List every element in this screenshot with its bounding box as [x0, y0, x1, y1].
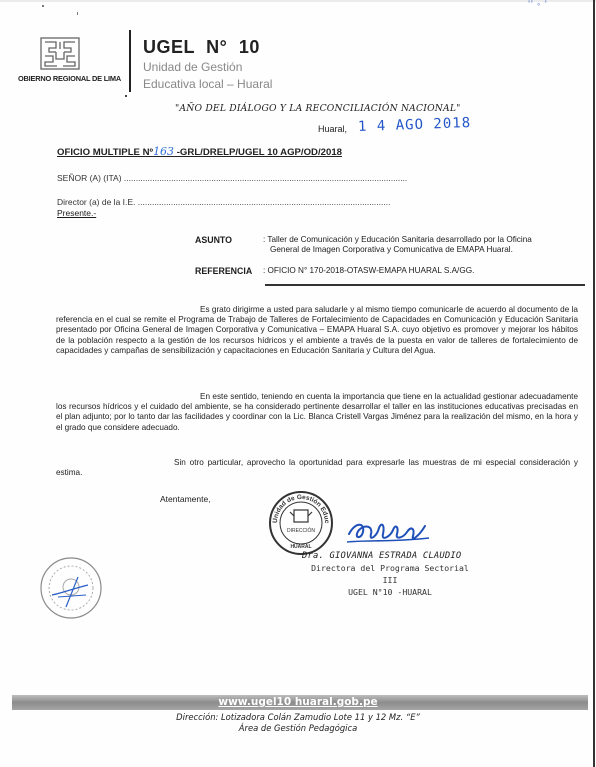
- signatory-title: Directora del Programa Sectorial III: [305, 562, 475, 586]
- seal-text: Unidad de Gestión Educativa Loc.: [268, 490, 330, 524]
- org-subtitle: Unidad de Gestión Educativa local – Huar…: [143, 59, 272, 93]
- referencia-rule: [265, 284, 585, 286]
- gobierno-regional-logo-icon: [40, 37, 80, 70]
- scan-speck: [77, 12, 78, 15]
- referencia-text: : OFICIO N° 170-2018-OTASW-EMAPA HUARAL …: [263, 266, 474, 275]
- address-line: Dirección: Lotizadora Colán Zamudio Lote…: [0, 712, 596, 723]
- asunto-text: : Taller de Comunicación y Educación San…: [263, 235, 573, 255]
- footer-address: Dirección: Lotizadora Colán Zamudio Lote…: [0, 712, 596, 734]
- paragraph-1: Es grato dirigirme a usted para saludarl…: [56, 305, 578, 356]
- scan-speck: [42, 5, 44, 7]
- footer-website[interactable]: www.ugel10 huaral.gob.pe: [0, 696, 596, 708]
- asunto-line-2: General de Imagen Corporativa y Comunica…: [263, 245, 573, 255]
- asunto-line-1: : Taller de Comunicación y Educación San…: [263, 235, 573, 245]
- org-title: UGEL N° 10: [143, 37, 260, 58]
- paragraph-3: Sin otro particular, aprovecho la oportu…: [56, 458, 578, 478]
- referencia-label: REFERENCIA: [195, 266, 252, 276]
- svg-text:Unidad de Gestión Educativa Lo: Unidad de Gestión Educativa Loc.: [268, 490, 330, 524]
- signatory-office: UGEL N°10 -HUARAL: [305, 586, 475, 598]
- signatory-name: Dra. GIOVANNA ESTRADA CLAUDIO: [302, 551, 461, 561]
- faint-seal-icon: [38, 555, 104, 621]
- oficio-reference: OFICIO MULTIPLE Nº163 -GRL/DRELP/UGEL 10…: [57, 145, 342, 158]
- presente: Presente.-: [57, 208, 96, 218]
- addressee-line-2: Director (a) de la I.E. ................…: [57, 197, 390, 207]
- oficio-prefix: OFICIO MULTIPLE Nº: [57, 147, 153, 158]
- official-seal-icon: Unidad de Gestión Educativa Loc. DIRECCI…: [268, 490, 334, 556]
- closing: Atentamente,: [160, 494, 211, 504]
- logo-caption: OBIERNO REGIONAL DE LIMA: [0, 74, 121, 83]
- website-link[interactable]: www.ugel10 huaral.gob.pe: [218, 696, 377, 708]
- corner-ink-mark: ’’ ◦ ’: [528, 0, 548, 8]
- area-line: Área de Gestión Pedagógica: [0, 723, 596, 734]
- signature-scribble-icon: [345, 512, 430, 550]
- date-stamp: 1 4 AGO 2018: [358, 115, 472, 135]
- org-subtitle-line-2: Educativa local – Huaral: [143, 76, 272, 93]
- page-top-edge: [0, 0, 596, 2]
- oficio-suffix: -GRL/DRELP/UGEL 10 AGP/OD/2018: [174, 147, 342, 158]
- letterhead-divider: [129, 30, 131, 92]
- scan-speck: [125, 95, 127, 97]
- org-subtitle-line-1: Unidad de Gestión: [143, 59, 272, 76]
- oficio-number: 163: [153, 145, 174, 158]
- addressee-line-1: SEÑOR (A) (ITA) ........................…: [57, 173, 407, 183]
- seal-bottom: HUARAL: [290, 544, 311, 550]
- year-motto: "AÑO DEL DIÁLOGO Y LA RECONCILIACIÓN NAC…: [175, 103, 461, 114]
- seal-center: DIRECCIÓN: [287, 527, 315, 534]
- paragraph-2: En este sentido, teniendo en cuenta la i…: [56, 392, 578, 433]
- place: Huaral,: [318, 124, 347, 134]
- signatory-role: Directora del Programa Sectorial III UGE…: [305, 562, 475, 598]
- asunto-label: ASUNTO: [195, 235, 232, 245]
- page-right-border: [593, 0, 595, 767]
